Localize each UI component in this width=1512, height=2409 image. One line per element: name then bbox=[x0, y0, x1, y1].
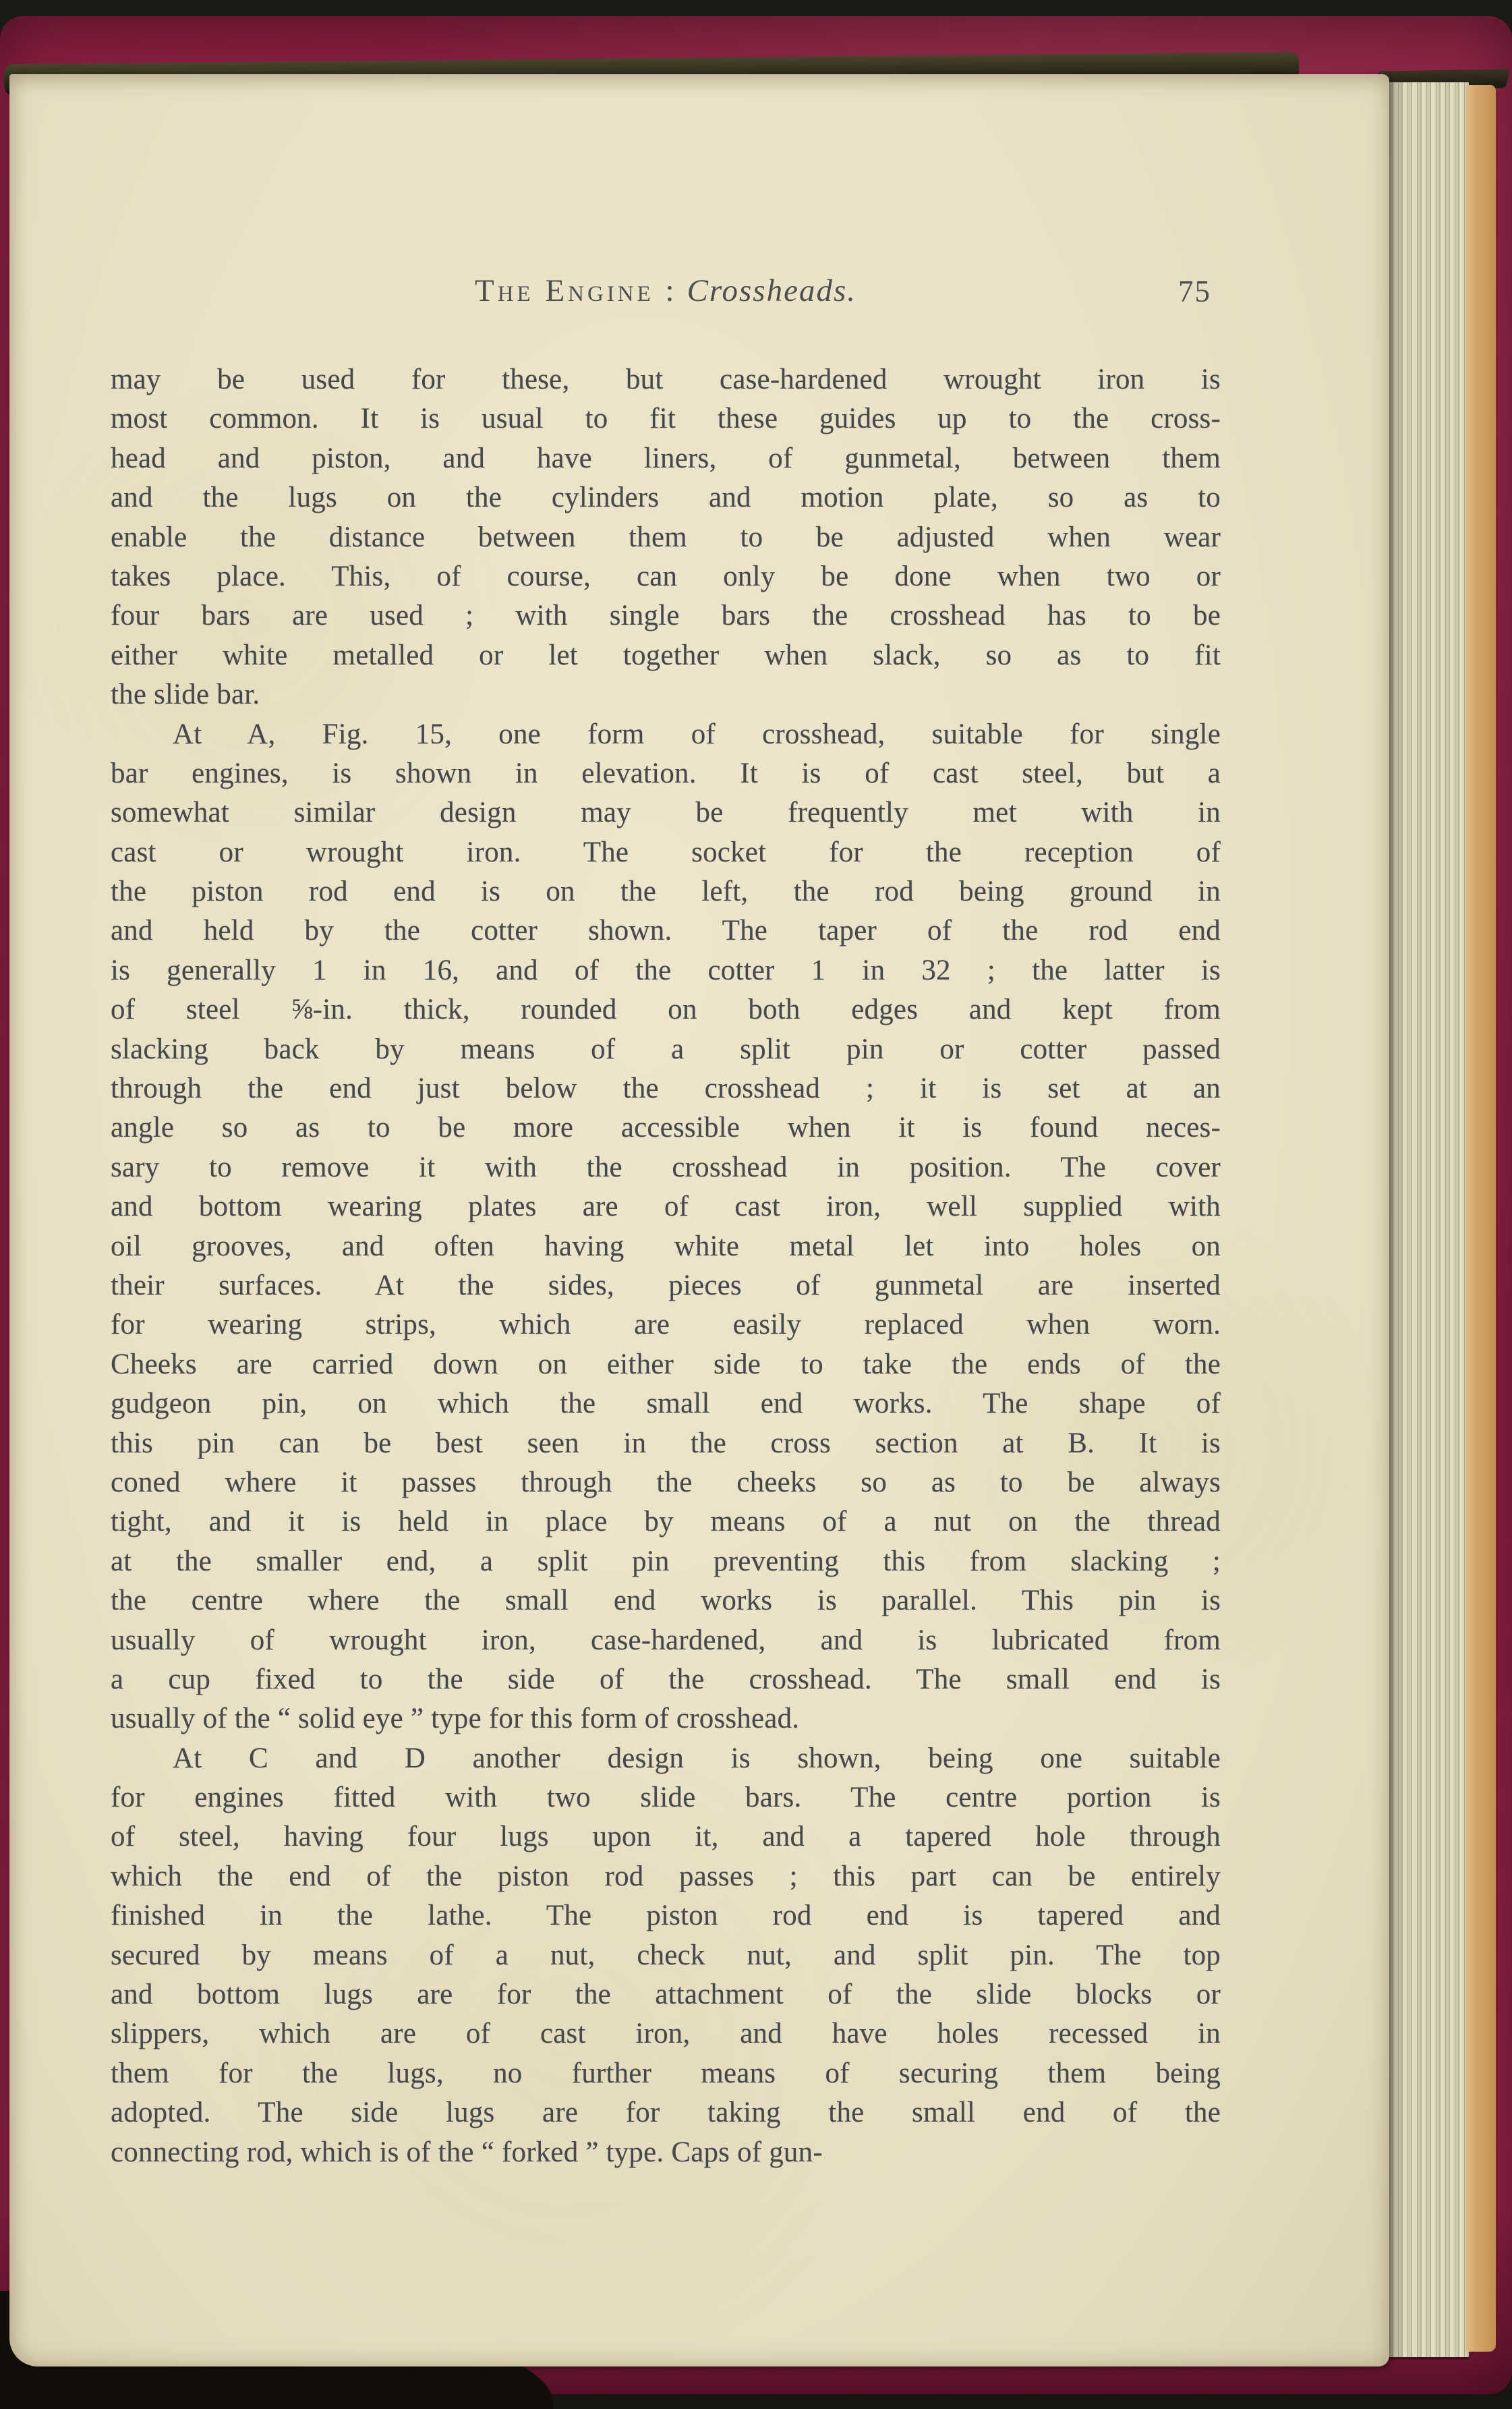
text-line: and bottom wearing plates are of cast ir… bbox=[111, 1187, 1221, 1226]
text-line: enable the distance between them to be a… bbox=[111, 518, 1221, 557]
text-line: usually of wrought iron, case-hardened, … bbox=[111, 1621, 1221, 1660]
text-line: adopted. The side lugs are for taking th… bbox=[111, 2093, 1221, 2132]
text-line: the slide bar. bbox=[111, 675, 1221, 714]
text-line: bar engines, is shown in elevation. It i… bbox=[111, 754, 1221, 793]
page-title: The Engine :Crossheads. bbox=[111, 273, 1221, 309]
page-block-edge bbox=[1466, 85, 1496, 2352]
text-line: the centre where the small end works is … bbox=[111, 1581, 1221, 1620]
text-line: the piston rod end is on the left, the r… bbox=[111, 872, 1221, 911]
text-line: secured by means of a nut, check nut, an… bbox=[111, 1936, 1221, 1975]
text-line: takes place. This, of course, can only b… bbox=[111, 557, 1221, 596]
text-line: tight, and it is held in place by means … bbox=[111, 1502, 1221, 1541]
text-line: which the end of the piston rod passes ;… bbox=[111, 1857, 1221, 1896]
text-line: of steel ⅝-in. thick, rounded on both ed… bbox=[111, 990, 1221, 1029]
text-line: and the lugs on the cylinders and motion… bbox=[111, 478, 1221, 517]
text-line: oil grooves, and often having white meta… bbox=[111, 1227, 1221, 1266]
body-text: may be used for these, but case-hardened… bbox=[111, 360, 1221, 2172]
text-line: finished in the lathe. The piston rod en… bbox=[111, 1896, 1221, 1935]
text-line: slippers, which are of cast iron, and ha… bbox=[111, 2014, 1221, 2053]
text-line: angle so as to be more accessible when i… bbox=[111, 1108, 1221, 1147]
book-page: The Engine :Crossheads. 75 may be used f… bbox=[9, 74, 1389, 2367]
text-line: most common. It is usual to fit these gu… bbox=[111, 399, 1221, 438]
running-header: The Engine :Crossheads. 75 bbox=[111, 273, 1221, 316]
text-line: their surfaces. At the sides, pieces of … bbox=[111, 1266, 1221, 1305]
text-line: either white metalled or let together wh… bbox=[111, 636, 1221, 675]
text-line: coned where it passes through the cheeks… bbox=[111, 1463, 1221, 1502]
text-line: slacking back by means of a split pin or… bbox=[111, 1030, 1221, 1069]
text-line: At C and D another design is shown, bein… bbox=[111, 1739, 1221, 1778]
text-line: for wearing strips, which are easily rep… bbox=[111, 1305, 1221, 1344]
text-line: may be used for these, but case-hardened… bbox=[111, 360, 1221, 399]
text-line: somewhat similar design may be frequentl… bbox=[111, 793, 1221, 832]
text-line: gudgeon pin, on which the small end work… bbox=[111, 1384, 1221, 1423]
text-line: a cup fixed to the side of the crosshead… bbox=[111, 1660, 1221, 1699]
text-line: is generally 1 in 16, and of the cotter … bbox=[111, 951, 1221, 990]
text-line: this pin can be best seen in the cross s… bbox=[111, 1424, 1221, 1463]
chapter-title-text: The Engine : bbox=[475, 273, 678, 308]
text-line: them for the lugs, no further means of s… bbox=[111, 2054, 1221, 2093]
text-line: head and piston, and have liners, of gun… bbox=[111, 439, 1221, 478]
text-line: at the smaller end, a split pin preventi… bbox=[111, 1542, 1221, 1581]
text-line: cast or wrought iron. The socket for the… bbox=[111, 833, 1221, 872]
section-title-text: Crossheads. bbox=[687, 273, 856, 308]
page-number: 75 bbox=[1178, 274, 1211, 309]
text-line: Cheeks are carried down on either side t… bbox=[111, 1345, 1221, 1384]
text-line: and bottom lugs are for the attachment o… bbox=[111, 1975, 1221, 2014]
text-line: connecting rod, which is of the “ forked… bbox=[111, 2133, 1221, 2172]
text-line: sary to remove it with the crosshead in … bbox=[111, 1148, 1221, 1187]
book-scan-photo: The Engine :Crossheads. 75 may be used f… bbox=[0, 0, 1512, 2409]
text-line: At A, Fig. 15, one form of crosshead, su… bbox=[111, 715, 1221, 754]
text-line: four bars are used ; with single bars th… bbox=[111, 596, 1221, 635]
text-line: through the end just below the crosshead… bbox=[111, 1069, 1221, 1108]
text-line: of steel, having four lugs upon it, and … bbox=[111, 1817, 1221, 1857]
text-line: and held by the cotter shown. The taper … bbox=[111, 911, 1221, 951]
page-fore-edge bbox=[1384, 82, 1469, 2357]
text-line: usually of the “ solid eye ” type for th… bbox=[111, 1699, 1221, 1738]
text-line: for engines fitted with two slide bars. … bbox=[111, 1778, 1221, 1817]
